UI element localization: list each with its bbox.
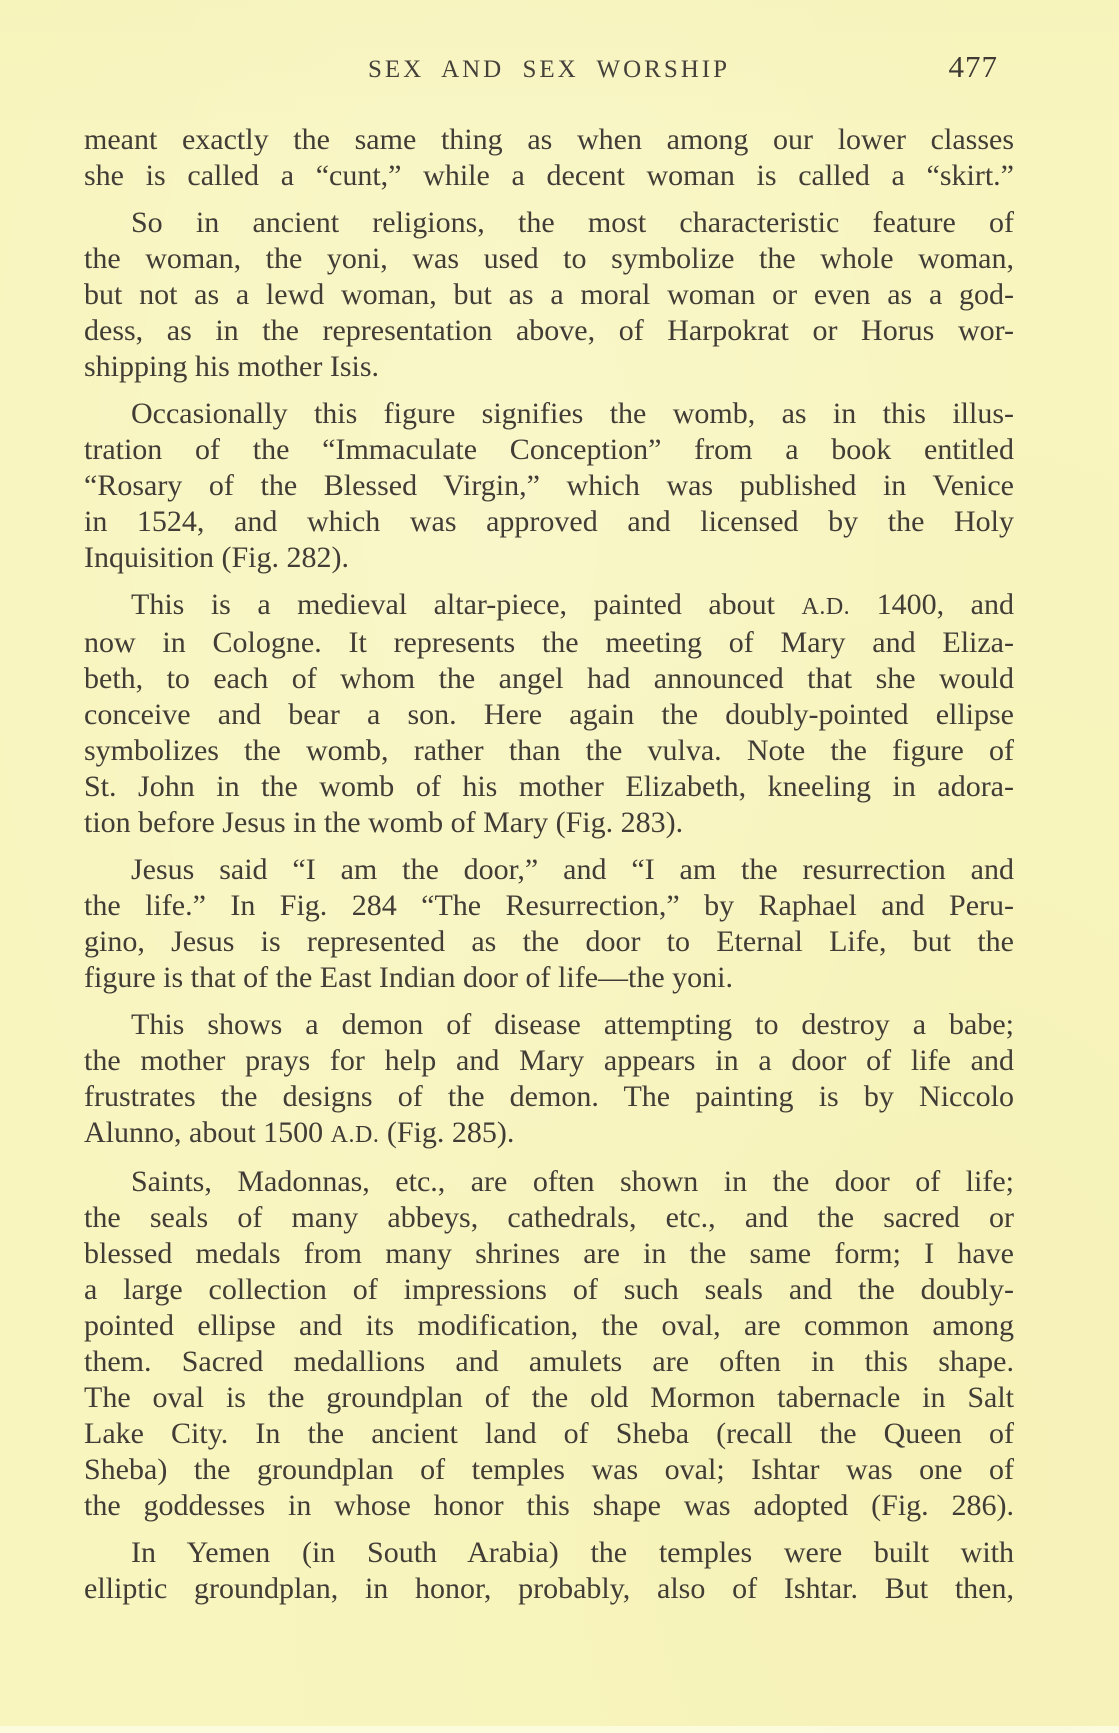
text-line: the goddesses in whose honor this shape … (84, 1488, 1014, 1524)
text-line: frustrates the designs of the demon. The… (84, 1079, 1014, 1115)
text-line: blessed medals from many shrines are in … (84, 1236, 1014, 1272)
text-line: St. John in the womb of his mother Eliza… (84, 769, 1014, 805)
text-line: So in ancient religions, the most charac… (84, 205, 1014, 241)
text-line: dess, as in the representation above, of… (84, 313, 1014, 349)
paragraph: In Yemen (in South Arabia) the temples w… (84, 1535, 1014, 1607)
paragraph: Saints, Madonnas, etc., are often shown … (84, 1164, 1014, 1524)
text-line: gino, Jesus is represented as the door t… (84, 924, 1014, 960)
text-line: beth, to each of whom the angel had anno… (84, 661, 1014, 697)
text-line: shipping his mother Isis. (84, 349, 1014, 385)
text-line: tion before Jesus in the womb of Mary (F… (84, 805, 1014, 841)
text-line: elliptic groundplan, in honor, probably,… (84, 1571, 1014, 1607)
text-line: conceive and bear a son. Here again the … (84, 697, 1014, 733)
text-line: Inquisition (Fig. 282). (84, 540, 1014, 576)
page-body: meant exactly the same thing as when amo… (84, 122, 1014, 1618)
text-line: This shows a demon of disease attempting… (84, 1007, 1014, 1043)
paragraph: Jesus said “I am the door,” and “I am th… (84, 852, 1014, 996)
paragraph: This shows a demon of disease attempting… (84, 1007, 1014, 1153)
book-page: SEX AND SEX WORSHIP 477 meant exactly th… (0, 0, 1119, 1733)
running-header: SEX AND SEX WORSHIP 477 (84, 52, 1014, 94)
text-line: The oval is the groundplan of the old Mo… (84, 1380, 1014, 1416)
text-line: in 1524, and which was approved and lice… (84, 504, 1014, 540)
text-line: Jesus said “I am the door,” and “I am th… (84, 852, 1014, 888)
text-line: Alunno, about 1500 A.D. (Fig. 285). (84, 1115, 1014, 1153)
text-line: Lake City. In the ancient land of Sheba … (84, 1416, 1014, 1452)
text-line: now in Cologne. It represents the meetin… (84, 625, 1014, 661)
text-line: but not as a lewd woman, but as a moral … (84, 277, 1014, 313)
text-line: “Rosary of the Blessed Virgin,” which wa… (84, 468, 1014, 504)
text-line: This is a medieval altar-piece, painted … (84, 587, 1014, 625)
text-line: symbolizes the womb, rather than the vul… (84, 733, 1014, 769)
text-line: the woman, the yoni, was used to symboli… (84, 241, 1014, 277)
paragraph: meant exactly the same thing as when amo… (84, 122, 1014, 194)
text-line: meant exactly the same thing as when amo… (84, 122, 1014, 158)
text-line: the mother prays for help and Mary appea… (84, 1043, 1014, 1079)
text-line: the life.” In Fig. 284 “The Resurrection… (84, 888, 1014, 924)
text-line: pointed ellipse and its modification, th… (84, 1308, 1014, 1344)
text-line: the seals of many abbeys, cathedrals, et… (84, 1200, 1014, 1236)
text-line: Occasionally this figure signifies the w… (84, 396, 1014, 432)
text-line: Saints, Madonnas, etc., are often shown … (84, 1164, 1014, 1200)
paragraph: So in ancient religions, the most charac… (84, 205, 1014, 385)
text-line: a large collection of impressions of suc… (84, 1272, 1014, 1308)
text-line: figure is that of the East Indian door o… (84, 960, 1014, 996)
text-line: she is called a “cunt,” while a decent w… (84, 158, 1014, 194)
text-line: tration of the “Immaculate Conception” f… (84, 432, 1014, 468)
paragraph: This is a medieval altar-piece, painted … (84, 587, 1014, 841)
running-header-title: SEX AND SEX WORSHIP (84, 56, 1014, 84)
page-number: 477 (949, 49, 999, 85)
text-line: In Yemen (in South Arabia) the temples w… (84, 1535, 1014, 1571)
text-line: them. Sacred medallions and amulets are … (84, 1344, 1014, 1380)
paragraph: Occasionally this figure signifies the w… (84, 396, 1014, 576)
text-line: Sheba) the groundplan of temples was ova… (84, 1452, 1014, 1488)
